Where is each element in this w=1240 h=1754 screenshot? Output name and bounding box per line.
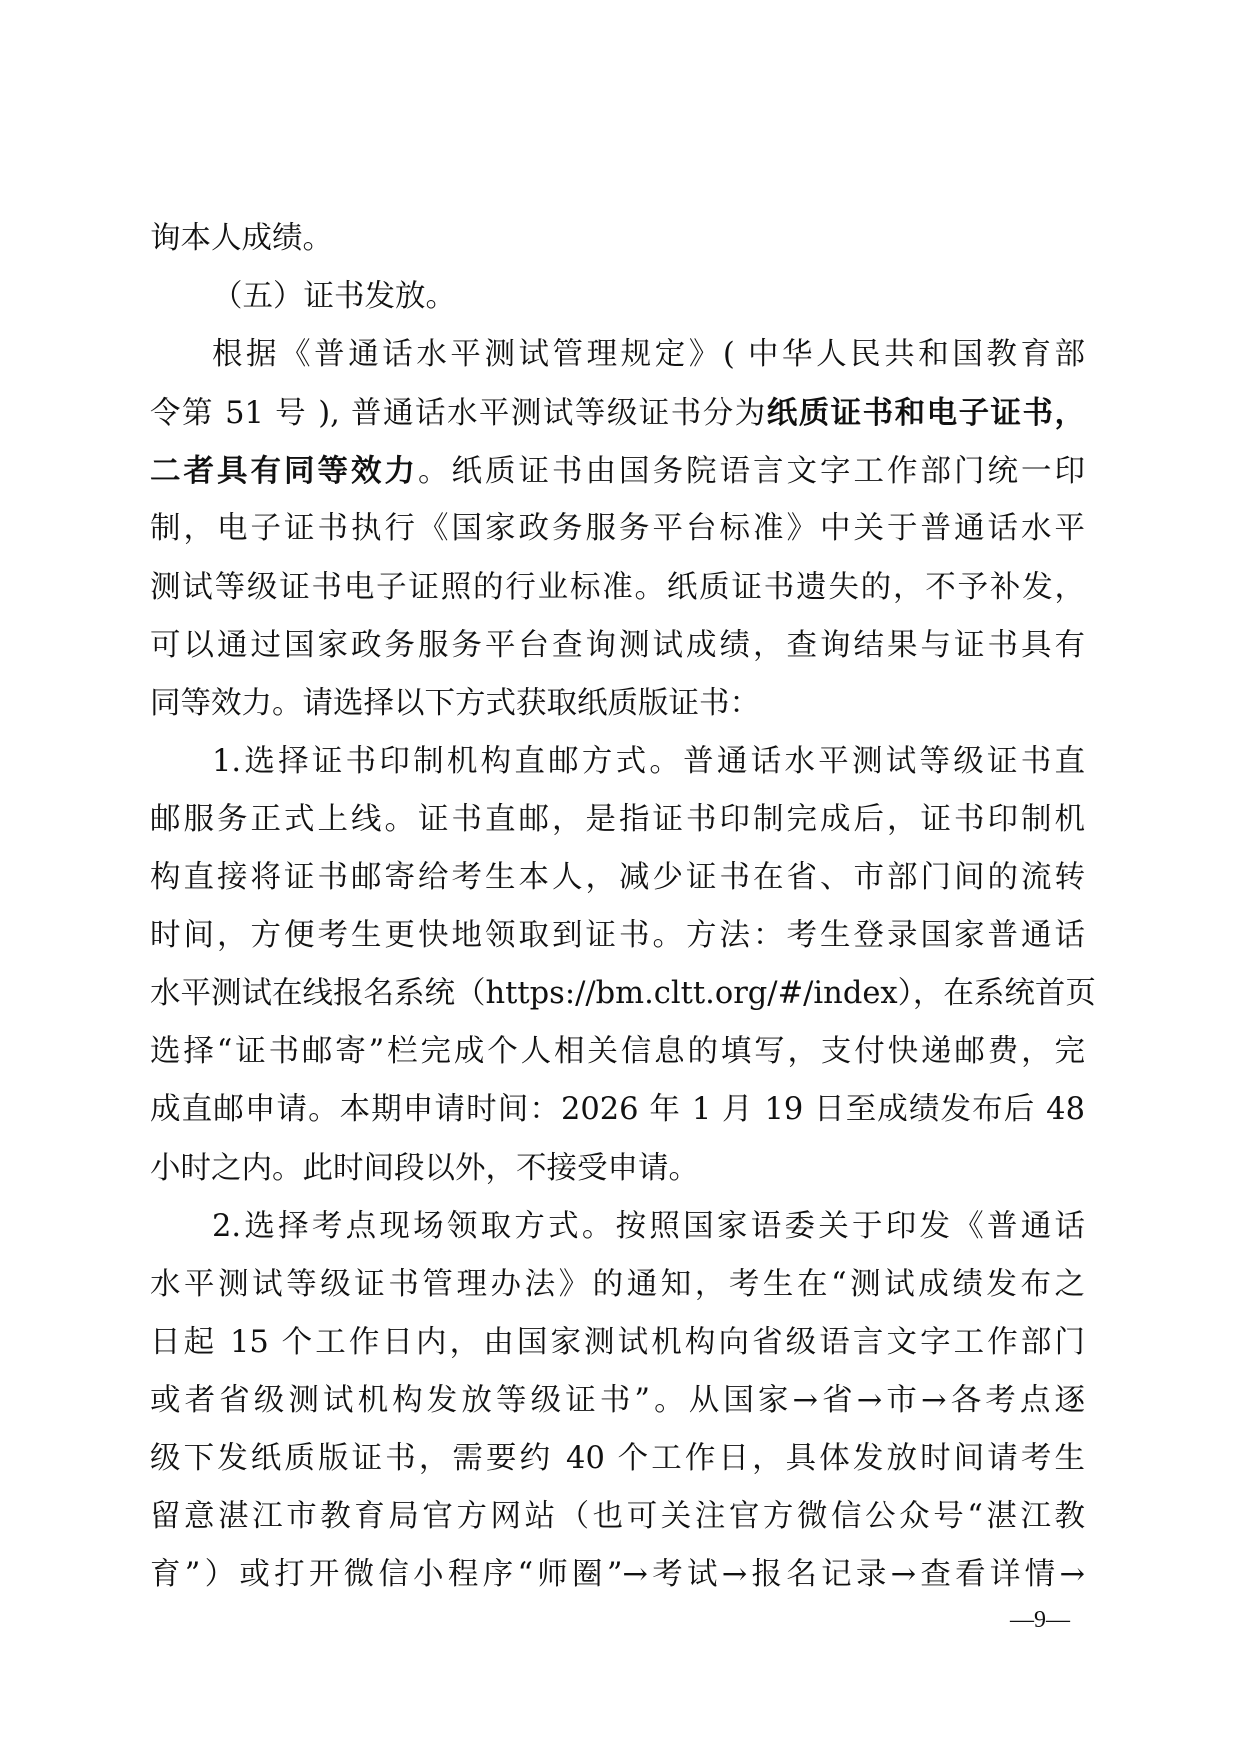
text-line: 或者省级测试机构发放等级证书”。从国家→省→市→各考点逐 (150, 1372, 1085, 1430)
text-line: 日起 15 个工作日内，由国家测试机构向省级语言文字工作部门 (150, 1314, 1085, 1372)
text-line: 二者具有同等效力。纸质证书由国务院语言文字工作部门统一印 (150, 442, 1085, 500)
body-text: 令第 51 号 ), 普通话水平测试等级证书分为 (150, 396, 767, 431)
text-line: 测试等级证书电子证照的行业标准。纸质证书遗失的，不予补发， (150, 559, 1085, 617)
list-item-heading: 1.选择证书印制机构直邮方式。普通话水平测试等级证书直 (150, 733, 1085, 791)
text-line: 根据《普通话水平测试管理规定》( 中华人民共和国教育部 (150, 326, 1085, 384)
text-line: 成直邮申请。本期申请时间：2026 年 1 月 19 日至成绩发布后 48 (150, 1081, 1085, 1139)
body-text: 选择“证书邮寄”栏完成个人相关信息的填写，支付快递邮费，完 (150, 1034, 1085, 1069)
text-line: 构直接将证书邮寄给考生本人，减少证书在省、市部门间的流转 (150, 849, 1085, 907)
text-line: 制，电子证书执行《国家政务服务平台标准》中关于普通话水平 (150, 500, 1085, 558)
body-text: 测试等级证书电子证照的行业标准。纸质证书遗失的，不予补发， (150, 570, 1085, 605)
body-text: 育”）或打开微信小程序“师圈”→考试→报名记录→查看详情→ (150, 1557, 1085, 1592)
text-line-with-url: 水平测试在线报名系统（https://bm.cltt.org/#/index），… (150, 965, 1085, 1023)
bold-emphasis-text: 二者具有同等效力 (150, 453, 418, 489)
text-line: 可以通过国家政务服务平台查询测试成绩，查询结果与证书具有 (150, 617, 1085, 675)
body-text: 邮服务正式上线。证书直邮，是指证书印制完成后，证书印制机 (150, 802, 1085, 837)
body-text: 留意湛江市教育局官方网站（也可关注官方微信公众号“湛江教 (150, 1499, 1085, 1534)
list-item-heading: 2.选择考点现场领取方式。按照国家语委关于印发《普通话 (150, 1198, 1085, 1256)
text-line: 育”）或打开微信小程序“师圈”→考试→报名记录→查看详情→ (150, 1546, 1085, 1604)
body-text: 制，电子证书执行《国家政务服务平台标准》中关于普通话水平 (150, 511, 1085, 546)
body-text: 可以通过国家政务服务平台查询测试成绩，查询结果与证书具有 (150, 628, 1085, 663)
text-line: 时间，方便考生更快地领取到证书。方法：考生登录国家普通话 (150, 907, 1085, 965)
body-text: 同等效力。请选择以下方式获取纸质版证书： (150, 686, 760, 721)
text-line: 令第 51 号 ), 普通话水平测试等级证书分为纸质证书和电子证书， (150, 384, 1085, 442)
text-line: 邮服务正式上线。证书直邮，是指证书印制完成后，证书印制机 (150, 791, 1085, 849)
text-line: 询本人成绩。 (150, 210, 1085, 268)
body-text: 时间，方便考生更快地领取到证书。方法：考生登录国家普通话 (150, 918, 1085, 953)
body-text: 或者省级测试机构发放等级证书”。从国家→省→市→各考点逐 (150, 1383, 1085, 1418)
text-line: 选择“证书邮寄”栏完成个人相关信息的填写，支付快递邮费，完 (150, 1023, 1085, 1081)
body-text: 询本人成绩。 (150, 221, 333, 256)
text-line: 级下发纸质版证书，需要约 40 个工作日，具体发放时间请考生 (150, 1430, 1085, 1488)
body-text: 水平测试在线报名系统（https://bm.cltt.org/#/index），… (150, 976, 1096, 1011)
body-text: （五）证书发放。 (212, 279, 456, 314)
bold-emphasis-text: 纸质证书和电子证书， (767, 395, 1085, 431)
text-line: 留意湛江市教育局官方网站（也可关注官方微信公众号“湛江教 (150, 1488, 1085, 1546)
document-body: 询本人成绩。 （五）证书发放。 根据《普通话水平测试管理规定》( 中华人民共和国… (150, 210, 1085, 1604)
body-text: 小时之内。此时间段以外，不接受申请。 (150, 1151, 699, 1186)
text-line: 同等效力。请选择以下方式获取纸质版证书： (150, 675, 1085, 733)
body-text: 级下发纸质版证书，需要约 40 个工作日，具体发放时间请考生 (150, 1441, 1085, 1476)
page-number: —9— (1010, 1603, 1070, 1637)
body-text: 根据《普通话水平测试管理规定》( 中华人民共和国教育部 (212, 337, 1085, 372)
body-text: 2.选择考点现场领取方式。按照国家语委关于印发《普通话 (212, 1209, 1085, 1244)
text-line: 小时之内。此时间段以外，不接受申请。 (150, 1140, 1085, 1198)
section-heading: （五）证书发放。 (150, 268, 1085, 326)
body-text: 成直邮申请。本期申请时间：2026 年 1 月 19 日至成绩发布后 48 (150, 1092, 1085, 1127)
text-line: 水平测试等级证书管理办法》的通知，考生在“测试成绩发布之 (150, 1256, 1085, 1314)
body-text: 水平测试等级证书管理办法》的通知，考生在“测试成绩发布之 (150, 1267, 1085, 1302)
body-text: 日起 15 个工作日内，由国家测试机构向省级语言文字工作部门 (150, 1325, 1085, 1360)
body-text: 1.选择证书印制机构直邮方式。普通话水平测试等级证书直 (212, 744, 1085, 779)
body-text: 。纸质证书由国务院语言文字工作部门统一印 (418, 454, 1085, 489)
body-text: 构直接将证书邮寄给考生本人，减少证书在省、市部门间的流转 (150, 860, 1085, 895)
